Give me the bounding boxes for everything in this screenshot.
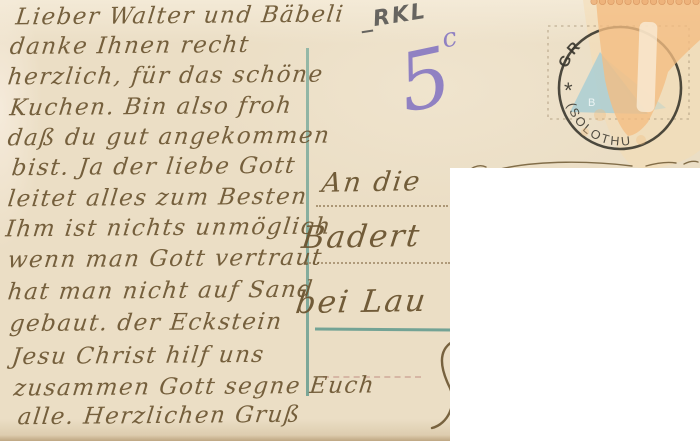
- message-line: wenn man Gott vertraut: [6, 245, 324, 274]
- message-line: bist. Ja der liebe Gott: [10, 153, 297, 181]
- message-line: hat man nicht auf Sand: [6, 277, 315, 306]
- address-line-2: Badert: [300, 218, 423, 256]
- address-line-3: bei Lau: [294, 283, 430, 321]
- message-line: Kuchen. Bin also froh: [8, 93, 294, 121]
- message-line: Lieber Walter und Bäbeli: [14, 2, 345, 31]
- message-line: gebaut. der Eckstein: [8, 309, 284, 337]
- message-line: herzlich, für das schöne: [6, 62, 325, 91]
- message-line: danke Ihnen recht: [8, 32, 251, 60]
- message-line: zusammen Gott segne Euch: [12, 372, 376, 401]
- message-line: Ihm ist nichts unmöglich: [4, 214, 333, 243]
- message-line: leitet alles zum Besten: [6, 184, 309, 213]
- message-line: daß du gut angekommen: [6, 123, 332, 152]
- address-line-1: An die: [320, 166, 423, 199]
- paper-bottom-edge: [0, 435, 452, 441]
- postcard-scan: B GR * (SOLOTHU: [0, 0, 700, 441]
- message-line: Jesu Christ hilf uns: [10, 342, 266, 370]
- redaction-box: [450, 168, 700, 441]
- message-line: alle. Herzlichen Gruß: [16, 402, 302, 430]
